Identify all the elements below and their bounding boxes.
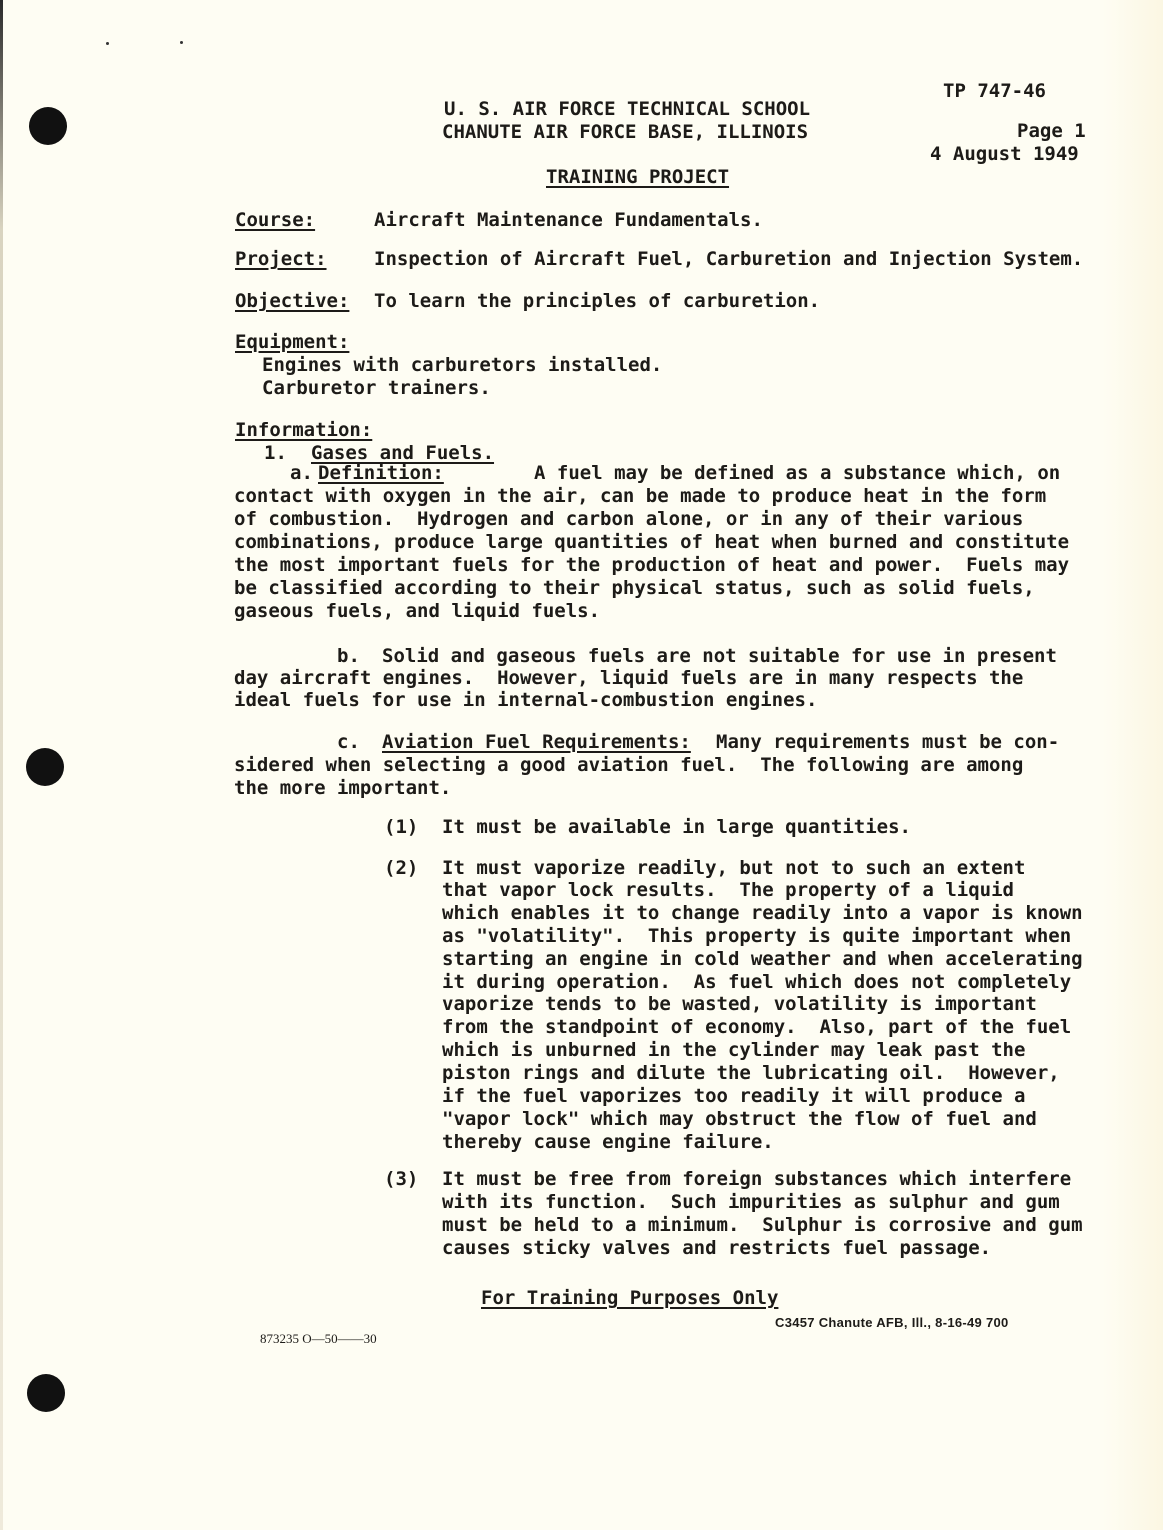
gpo-code: 873235 O—50——30 — [260, 1331, 377, 1347]
requirement-line: It must be available in large quantities… — [442, 816, 911, 838]
requirement-line: that vapor lock results. The property of… — [442, 879, 1014, 901]
para-c-line: sidered when selecting a good aviation f… — [234, 754, 1023, 776]
information-label: Information: — [235, 419, 372, 441]
document-page: TP 747-46 U. S. AIR FORCE TECHNICAL SCHO… — [0, 0, 1163, 1530]
punch-hole-top — [29, 107, 67, 145]
objective-value: To learn the principles of carburetion. — [374, 290, 820, 312]
equipment-item: Carburetor trainers. — [262, 377, 491, 399]
course-value: Aircraft Maintenance Fundamentals. — [374, 209, 763, 231]
para-b-line: ideal fuels for use in internal-combusti… — [234, 689, 817, 711]
requirement-line: if the fuel vaporizes too readily it wil… — [442, 1085, 1025, 1107]
print-info: C3457 Chanute AFB, Ill., 8-16-49 700 — [775, 1315, 1009, 1330]
para-b-line: Solid and gaseous fuels are not suitable… — [382, 645, 1057, 667]
para-a-line: contact with oxygen in the air, can be m… — [234, 485, 1046, 507]
requirement-line: starting an engine in cold weather and w… — [442, 948, 1083, 970]
section-number: 1. — [264, 442, 287, 464]
project-value: Inspection of Aircraft Fuel, Carburetion… — [374, 248, 1083, 270]
doc-date: 4 August 1949 — [930, 143, 1079, 165]
requirement-line: vaporize tends to be wasted, volatility … — [442, 993, 1037, 1015]
requirement-number: (1) — [384, 816, 418, 838]
paper-discoloration — [1103, 0, 1163, 1530]
para-a-line: combinations, produce large quantities o… — [234, 531, 1069, 553]
course-label: Course: — [235, 209, 315, 231]
requirement-line: with its function. Such impurities as su… — [442, 1191, 1060, 1213]
page-edge-shadow — [0, 0, 3, 1530]
requirement-number: (2) — [384, 857, 418, 879]
school-name: U. S. AIR FORCE TECHNICAL SCHOOL — [444, 98, 810, 120]
para-c-heading: Aviation Fuel Requirements: — [382, 731, 691, 753]
para-c-letter: c. — [337, 731, 360, 753]
requirement-line: must be held to a minimum. Sulphur is co… — [442, 1214, 1083, 1236]
para-a-heading: Definition: — [318, 462, 444, 484]
section-title: Gases and Fuels. — [311, 442, 494, 464]
para-a-line: gaseous fuels, and liquid fuels. — [234, 600, 600, 622]
requirement-line: which enables it to change readily into … — [442, 902, 1083, 924]
requirement-line: causes sticky valves and restricts fuel … — [442, 1237, 991, 1259]
para-a-line: A fuel may be defined as a substance whi… — [534, 462, 1060, 484]
requirement-line: from the standpoint of economy. Also, pa… — [442, 1016, 1071, 1038]
requirement-line: it during operation. As fuel which does … — [442, 971, 1071, 993]
equipment-label: Equipment: — [235, 331, 349, 353]
para-c-line: Many requirements must be con- — [716, 731, 1059, 753]
para-a-line: the most important fuels for the product… — [234, 554, 1069, 576]
para-a-line: be classified according to their physica… — [234, 577, 1035, 599]
requirement-line: It must vaporize readily, but not to suc… — [442, 857, 1025, 879]
requirement-line: which is unburned in the cylinder may le… — [442, 1039, 1025, 1061]
page-title: TRAINING PROJECT — [546, 166, 729, 188]
requirement-number: (3) — [384, 1168, 418, 1190]
speck — [106, 42, 109, 45]
page-number: Page 1 — [1017, 120, 1086, 142]
para-b-line: day aircraft engines. However, liquid fu… — [234, 667, 1023, 689]
training-notice: For Training Purposes Only — [481, 1287, 778, 1309]
project-label: Project: — [235, 248, 327, 270]
para-c-line: the more important. — [234, 777, 451, 799]
para-a-line: of combustion. Hydrogen and carbon alone… — [234, 508, 1023, 530]
speck — [180, 41, 183, 44]
requirement-line: It must be free from foreign substances … — [442, 1168, 1071, 1190]
punch-hole-bottom — [27, 1374, 65, 1412]
equipment-item: Engines with carburetors installed. — [262, 354, 662, 376]
requirement-line: as "volatility". This property is quite … — [442, 925, 1071, 947]
para-b-letter: b. — [337, 645, 360, 667]
base-name: CHANUTE AIR FORCE BASE, ILLINOIS — [442, 121, 808, 143]
requirement-line: thereby cause engine failure. — [442, 1131, 774, 1153]
doc-number: TP 747-46 — [943, 80, 1046, 102]
objective-label: Objective: — [235, 290, 349, 312]
punch-hole-middle — [26, 748, 64, 786]
para-a-letter: a. — [290, 462, 313, 484]
requirement-line: piston rings and dilute the lubricating … — [442, 1062, 1060, 1084]
requirement-line: "vapor lock" which may obstruct the flow… — [442, 1108, 1037, 1130]
